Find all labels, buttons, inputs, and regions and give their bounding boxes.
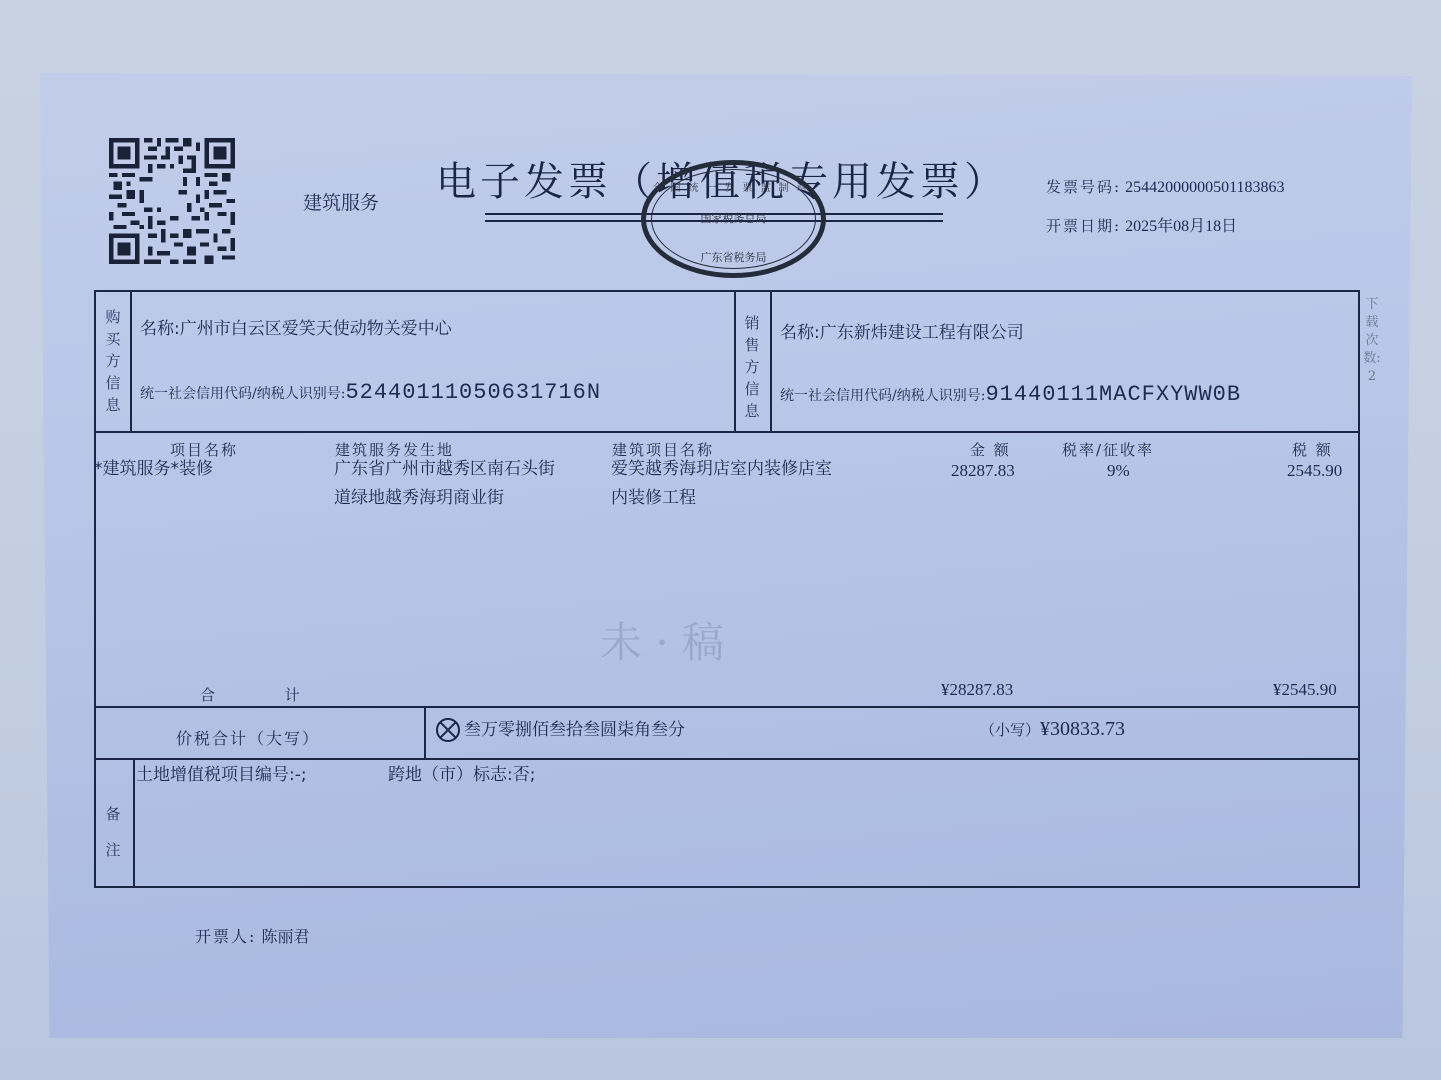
item-project-line2: 内装修工程 <box>611 484 696 513</box>
col-amount: 金 额 <box>970 439 1011 460</box>
cross-region-flag: 跨地（市）标志:否; <box>388 761 535 790</box>
remarks-divider <box>133 758 135 887</box>
issue-date-label: 开票日期: <box>1046 217 1121 235</box>
item-project-line1: 爱笑越秀海玥店室内装修店室 <box>611 455 832 484</box>
issue-date: 开票日期: 2025年08月18日 <box>1046 213 1237 236</box>
party-divider <box>734 291 736 432</box>
grand-total-uppercase-value: 叁万零捌佰叁拾叁圆柒角叁分 <box>464 720 685 740</box>
seller-tax-id-value: 91440111MACFXYWW0B <box>985 382 1241 407</box>
invoice-number-label: 发票号码: <box>1046 178 1121 196</box>
buyer-name-value: 广州市白云区爱笑天使动物关爱中心 <box>180 319 452 339</box>
download-count-note: 下载次数: 2 <box>1362 296 1382 386</box>
buyer-name-label: 名称: <box>140 319 180 339</box>
grand-total-label: 价税合计（大写） <box>176 726 320 749</box>
item-location-line1: 广东省广州市越秀区南石头街 <box>334 455 555 484</box>
stamp-top-text: 全国统一发票监制章 <box>646 179 821 194</box>
grand-total-lowercase: （小写）¥30833.73 <box>980 718 1125 741</box>
land-vat-project-number: 土地增值税项目编号:-; <box>136 761 307 790</box>
col-tax: 税 额 <box>1292 439 1333 460</box>
issue-date-value: 2025年08月18日 <box>1125 218 1237 235</box>
item-tax-rate: 9% <box>1107 461 1130 481</box>
seller-label-divider <box>770 291 772 432</box>
col-tax-rate: 税率/征收率 <box>1062 439 1154 460</box>
issuer-name: 陈丽君 <box>262 927 310 946</box>
item-location-line2: 道绿地越秀海玥商业街 <box>334 484 504 513</box>
invoice-number-value: 25442000000501183863 <box>1125 179 1284 196</box>
buyer-name: 名称:广州市白云区爱笑天使动物关爱中心 <box>140 314 452 339</box>
total-label: 合 计 <box>200 684 302 705</box>
seller-name: 名称:广东新炜建设工程有限公司 <box>780 318 1024 343</box>
stamp-bottom-text: 广东省税务局 <box>646 249 821 265</box>
party-section <box>94 290 1360 433</box>
issuer-label: 开票人: <box>195 927 256 946</box>
seller-tax-id: 统一社会信用代码/纳税人识别号:91440111MACFXYWW0B <box>780 382 1241 407</box>
remarks-label: 备注 <box>103 796 123 868</box>
item-amount: 28287.83 <box>951 461 1015 481</box>
item-name: *建筑服务*装修 <box>94 455 213 484</box>
seller-section-label: 销售方信息 <box>742 312 762 422</box>
issuer: 开票人: 陈丽君 <box>195 924 310 947</box>
tax-bureau-stamp: 全国统一发票监制章 国家税务总局 广东省税务局 <box>641 160 826 278</box>
buyer-section-label: 购买方信息 <box>103 306 123 416</box>
buyer-tax-id-value: 52440111050631716N <box>345 380 601 405</box>
buyer-tax-id: 统一社会信用代码/纳税人识别号:52440111050631716N <box>140 380 601 405</box>
grand-total-lowercase-label: （小写） <box>980 723 1040 739</box>
invoice-category: 建筑服务 <box>303 188 379 215</box>
total-tax: ¥2545.90 <box>1273 680 1337 700</box>
total-amount: ¥28287.83 <box>941 680 1013 700</box>
grand-total-lowercase-value: ¥30833.73 <box>1040 718 1125 740</box>
buyer-label-divider <box>130 291 132 432</box>
faint-watermark: 未 · 稿 <box>600 610 724 670</box>
seller-name-label: 名称: <box>780 323 820 343</box>
item-tax: 2545.90 <box>1287 461 1342 481</box>
buyer-tax-id-label: 统一社会信用代码/纳税人识别号: <box>140 386 345 402</box>
invoice-number: 发票号码: 25442000000501183863 <box>1046 176 1284 197</box>
qr-code-icon <box>108 138 236 264</box>
grand-total-uppercase: 叁万零捌佰叁拾叁圆柒角叁分 <box>436 716 685 745</box>
seller-name-value: 广东新炜建设工程有限公司 <box>820 323 1024 343</box>
circle-x-icon <box>436 718 460 742</box>
grand-total-divider <box>424 707 426 759</box>
stamp-middle-text: 国家税务总局 <box>646 210 821 226</box>
seller-tax-id-label: 统一社会信用代码/纳税人识别号: <box>780 388 985 404</box>
